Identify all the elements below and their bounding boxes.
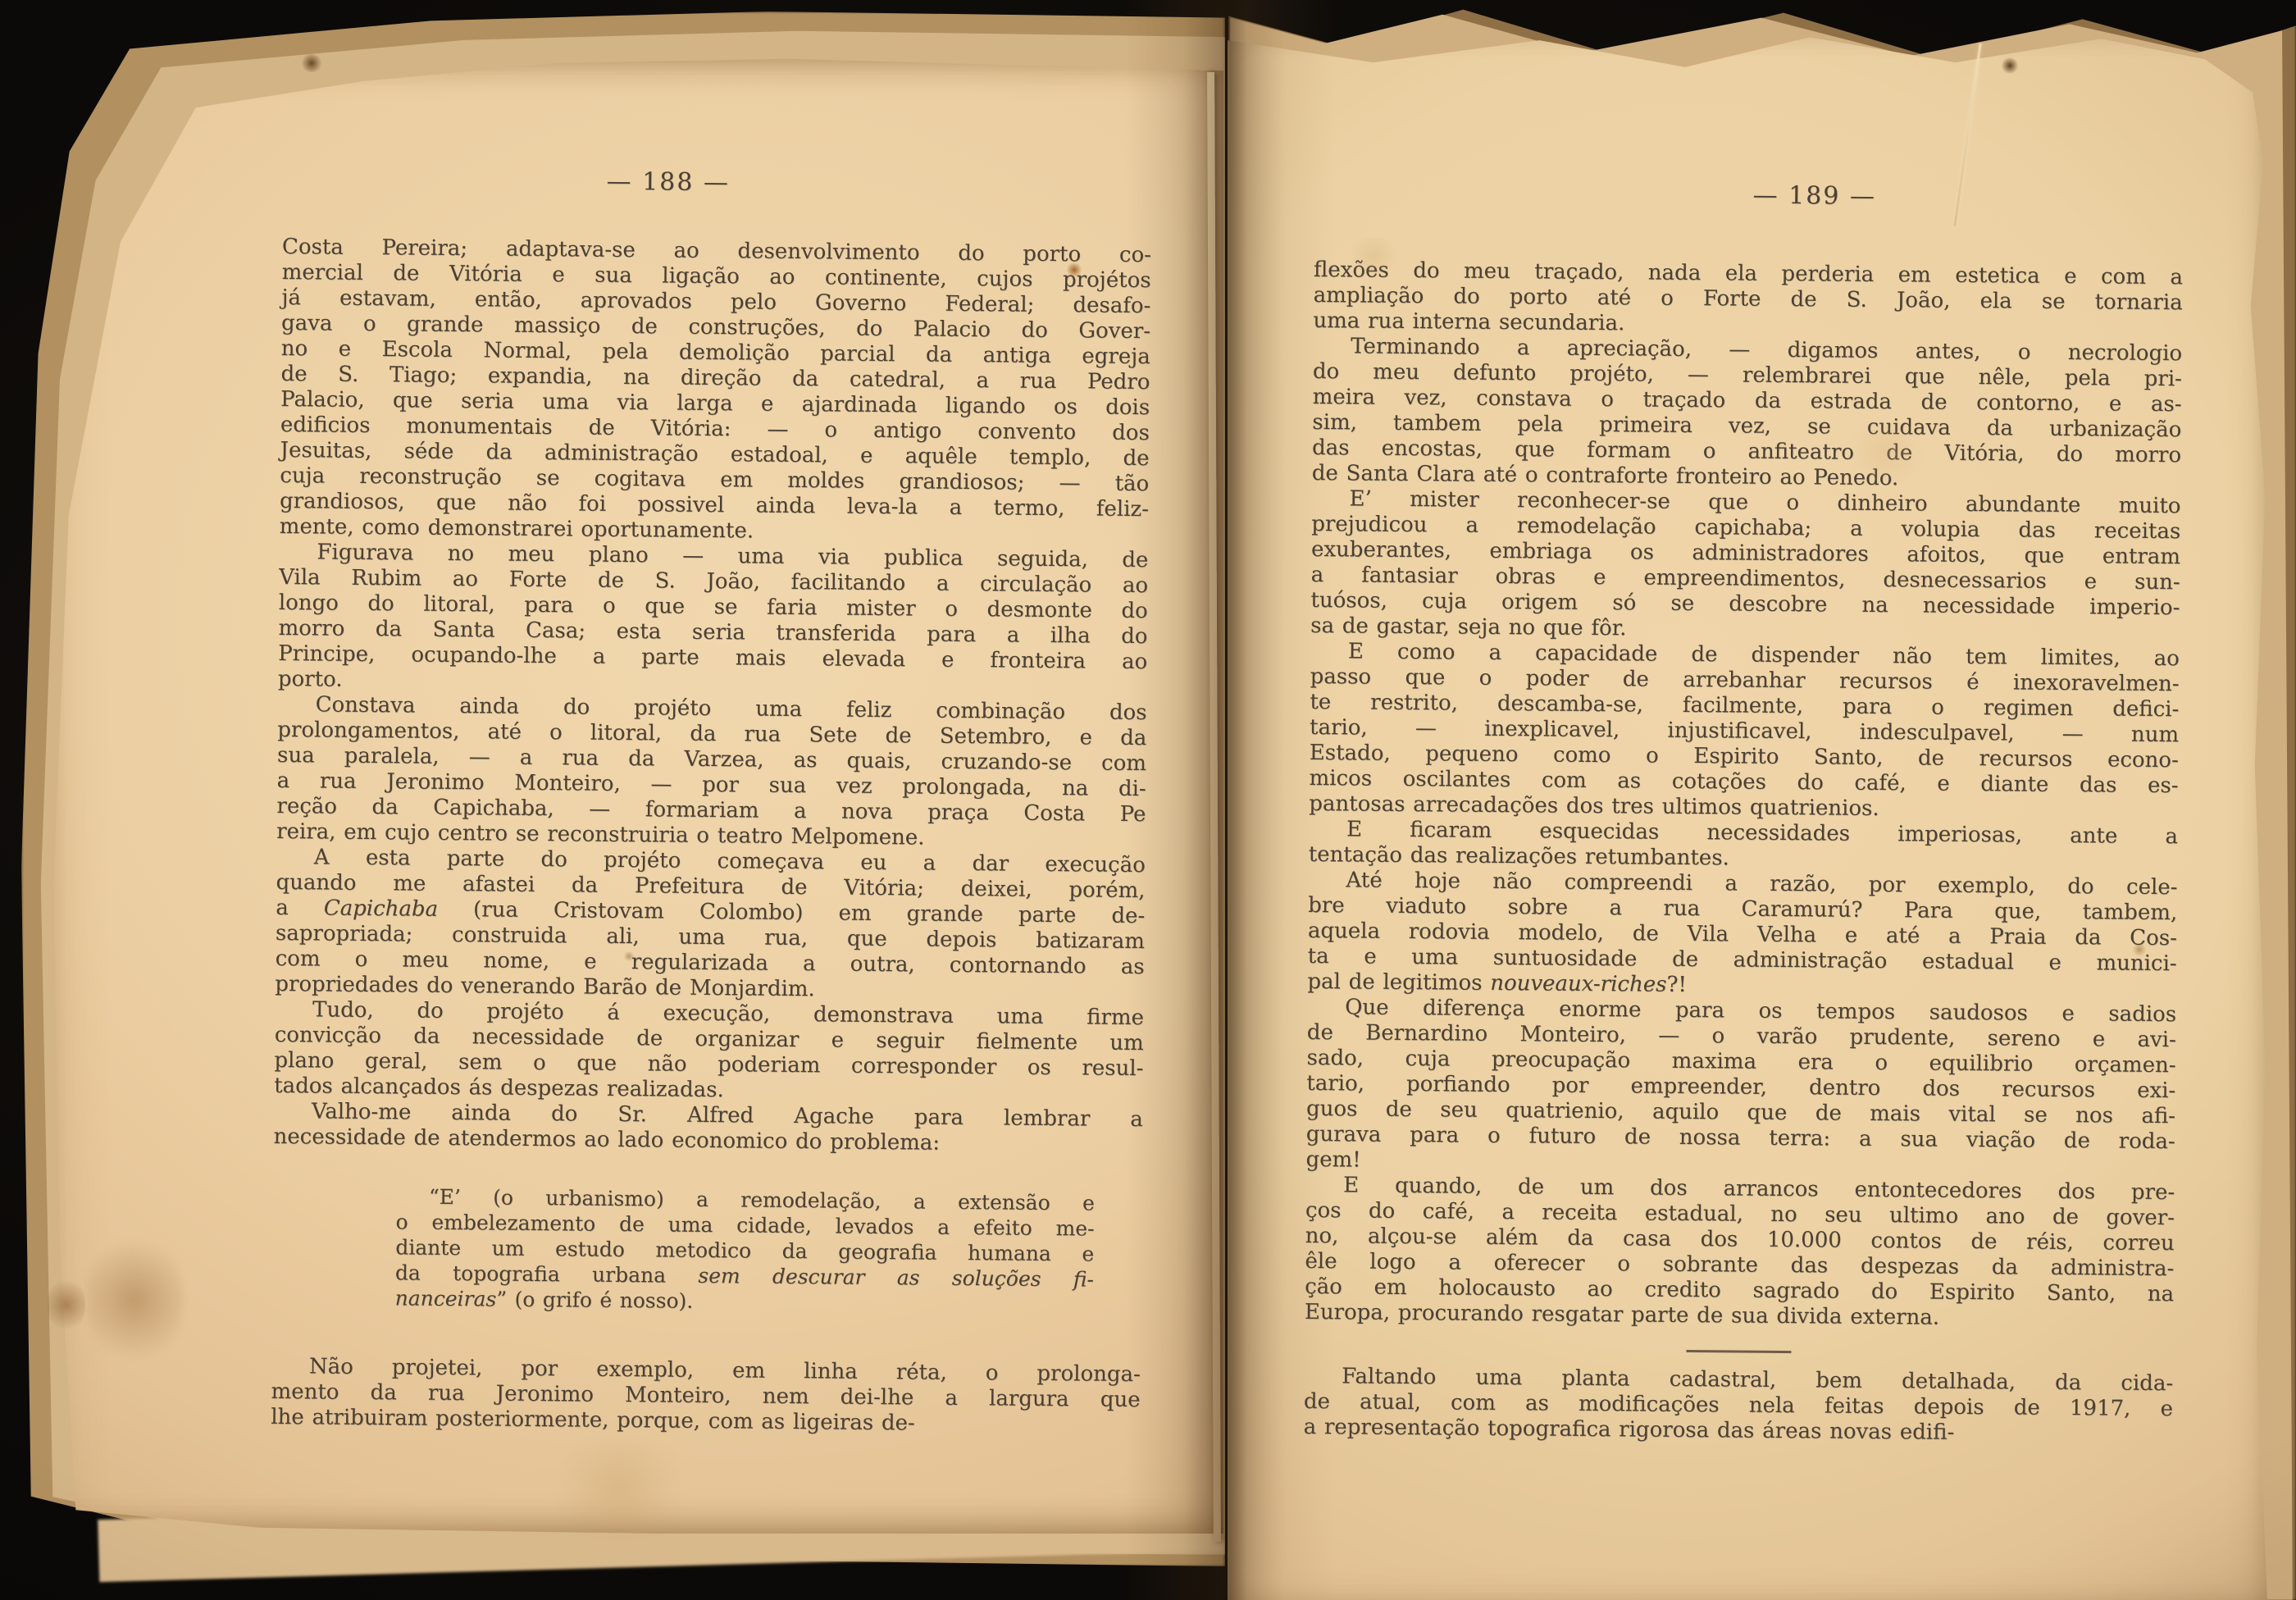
page-number-header-left: — 188 — xyxy=(283,162,1152,203)
paragraph: Tudo, do projéto á execução, demonstrava… xyxy=(274,997,1144,1107)
text-segment: da topografia urbana xyxy=(395,1260,699,1288)
right-page-text: — 189 — flexões do meu traçado, nada ela… xyxy=(1304,175,2184,1447)
text-segment: uma rua interna secundaria. xyxy=(1313,308,1624,335)
paragraph: Constava ainda do projéto uma feliz comb… xyxy=(276,692,1147,853)
paragraph: flexões do meu traçado, nada ela perderi… xyxy=(1313,258,2183,341)
text-segment: a xyxy=(276,896,324,921)
paragraph: E como a capacidade de dispender não tem… xyxy=(1309,639,2180,824)
paragraph: Costa Pereira; adaptava-se ao desenvolvi… xyxy=(280,235,1152,548)
page-body-left: Costa Pereira; adaptava-se ao desenvolvi… xyxy=(271,235,1151,1438)
text-segment: de Santa Clara até o contraforte frontei… xyxy=(1312,461,1899,490)
paragraph: Terminando a apreciação, — digamos antes… xyxy=(1312,334,2183,494)
book-spread: — 188 — Costa Pereira; adaptava-se ao de… xyxy=(0,0,2296,1600)
text-segment: pantosas arrecadações dos tres ultimos q… xyxy=(1309,791,1879,821)
left-page-text: — 188 — Costa Pereira; adaptava-se ao de… xyxy=(271,162,1152,1438)
page-number-header-right: — 189 — xyxy=(1314,175,2184,216)
paragraph: E ficaram esquecidas necessidades imperi… xyxy=(1309,817,2179,875)
text-segment: ” (o grifo é nosso). xyxy=(496,1288,693,1313)
paragraph: Que diferença enorme para os tempos saud… xyxy=(1305,995,2176,1180)
text-segment: propriedades do venerando Barão de Monja… xyxy=(275,972,815,1001)
text-segment: necessidade de atendermos ao lado econom… xyxy=(273,1124,940,1156)
text-segment: Europa, procurando resgatar parte de sua… xyxy=(1305,1300,1939,1330)
paragraph: E quando, de um dos arrancos entontecedo… xyxy=(1305,1173,2175,1333)
paragraph: Faltando uma planta cadastral, bem detal… xyxy=(1304,1364,2174,1447)
paragraph: Figurava no meu plano — uma via publica … xyxy=(278,540,1149,700)
text-segment: mente, como demonstrarei oportunamente. xyxy=(280,514,754,544)
page-body-right: flexões do meu traçado, nada ela perderi… xyxy=(1304,258,2184,1447)
paragraph: Valho-me ainda do Sr. Alfred Agache para… xyxy=(273,1099,1143,1158)
section-divider xyxy=(1686,1350,1791,1353)
text-segment: Capichaba xyxy=(324,896,439,922)
text-segment: ?! xyxy=(1666,973,1687,997)
text-segment: pal de legitimos xyxy=(1307,969,1490,996)
right-page: — 189 — flexões do meu traçado, nada ela… xyxy=(1228,21,2267,1600)
quote-block: “E’ (o urbanismo) a remodelação, a exten… xyxy=(395,1183,1095,1317)
text-segment: nouveaux-riches xyxy=(1490,971,1667,997)
paragraph: A esta parte do projéto começava eu a da… xyxy=(275,845,1146,1005)
left-page: — 188 — Costa Pereira; adaptava-se ao de… xyxy=(48,57,1223,1534)
paragraph: Não projetei, por exemplo, em linha réta… xyxy=(271,1354,1141,1438)
text-segment: tentação das realizações retumbantes. xyxy=(1309,842,1729,870)
text-segment: a representação topografica rigorosa das… xyxy=(1304,1415,1955,1445)
text-segment: tados alcançados ás despezas realizadas. xyxy=(274,1074,724,1102)
text-segment: nanceiras xyxy=(395,1286,497,1311)
text-segment: sa de gastar, seja no que fôr. xyxy=(1310,613,1627,640)
text-segment: lhe atribuiram posteriormente, porque, c… xyxy=(271,1405,915,1436)
text-segment: gem! xyxy=(1305,1147,1360,1173)
text-segment: porto. xyxy=(278,667,343,692)
paragraph: Até hoje não compreendi a razão, por exe… xyxy=(1307,868,2177,1002)
text-segment: sem descurar as soluções fi- xyxy=(698,1264,1094,1292)
paragraph: E’ mister reconhecer-se que o dinheiro a… xyxy=(1310,486,2181,646)
stain xyxy=(300,54,323,72)
